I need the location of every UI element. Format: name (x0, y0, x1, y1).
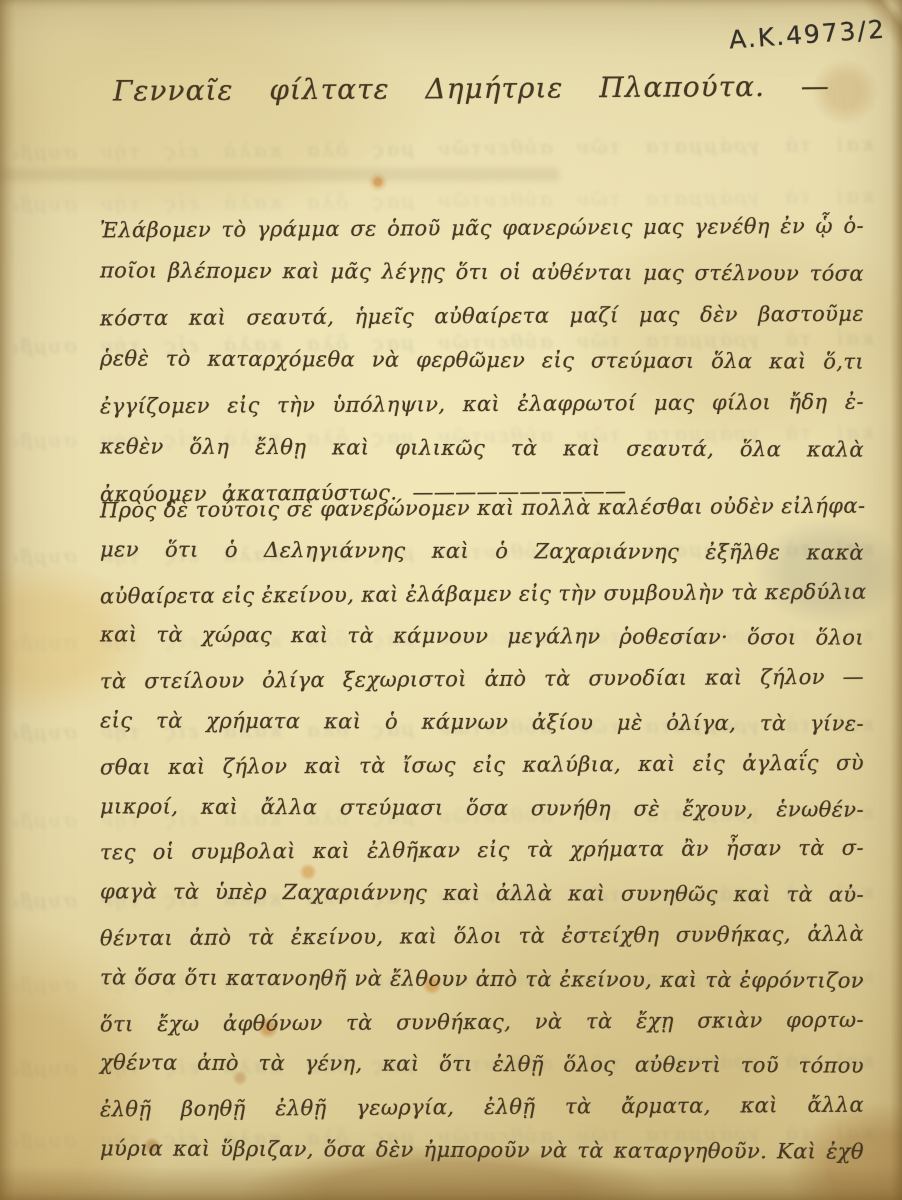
manuscript-line: ὅτι ἔχω ἀφθόνων τὰ συνθήκας, νὰ τὰ ἔχῃ σ… (100, 999, 864, 1046)
manuscript-line: Ἐλάβομεν τὸ γράμμα σε ὁποῦ μᾶς φανερώνει… (100, 206, 864, 255)
manuscript-line: Πρὸς δὲ τούτοις σὲ φανερώνομεν καὶ πολλὰ… (100, 486, 864, 533)
manuscript-line: χθέντα ἀπὸ τὰ γένη, καὶ ὅτι ἐλθῇ ὅλος αὐ… (100, 1043, 864, 1089)
manuscript-line: κεθὲν ὅλη ἔλθῃ καὶ φιλικῶς τὰ καὶ σεαυτά… (100, 426, 864, 473)
manuscript-line: ἐγγίζομεν εἰς τὴν ὑπόληψιν, καὶ ἐλαφρωτο… (100, 382, 864, 431)
manuscript-line: μικροί, καὶ ἄλλα στεύμασι ὅσα συνήθη σὲ … (100, 786, 864, 832)
page-edge-left (0, 0, 16, 1200)
manuscript-line: μεν ὅτι ὁ Δεληγιάννης καὶ ὁ Ζαχαριάννης … (100, 529, 864, 575)
manuscript-line: σθαι καὶ ζήλον καὶ τὰ ἴσως εἰς καλύβια, … (100, 742, 864, 789)
manuscript-line: κόστα καὶ σεαυτά, ἡμεῖς αὐθαίρετα μαζί μ… (100, 294, 864, 343)
salutation: Γενναῖε φίλτατε Δημήτριε Πλαπούτα. — (113, 69, 830, 107)
manuscript-line: ποῖοι βλέπομεν καὶ μᾶς λέγῃς ὅτι οἱ αὐθέ… (100, 250, 864, 297)
manuscript-page: καὶ τὰ γράμματα τῶν αὐθεντῶν μας ὅλα καλ… (0, 0, 902, 1200)
manuscript-line: ῥεθὲ τὸ καταρχόμεθα νὰ φερθῶμεν εἰς στεύ… (100, 338, 864, 385)
manuscript-line: αὐθαίρετα εἰς ἐκείνου, καὶ ἐλάβαμεν εἰς … (100, 571, 864, 618)
manuscript-line: ἐλθῇ βοηθῇ ἐλθῇ γεωργία, ἐλθῇ τὰ ἄρματα,… (100, 1085, 864, 1132)
manuscript-line: θένται ἀπὸ τὰ ἐκείνου, καὶ ὅλοι τὰ ἐστεί… (100, 914, 864, 961)
paragraph-2: Πρὸς δὲ τούτοις σὲ φανερώνομεν καὶ πολλὰ… (100, 488, 864, 1173)
manuscript-line: τες οἱ συμβολαὶ καὶ ἐλθῆκαν εἰς τὰ χρήμα… (100, 828, 864, 875)
paragraph-1: Ἐλάβομεν τὸ γράμμα σε ὁποῦ μᾶς φανερώνει… (100, 208, 864, 516)
manuscript-line: εἰς τὰ χρήματα καὶ ὁ κάμνων ἀξίου μὲ ὀλί… (100, 700, 864, 746)
manuscript-line: μύρια καὶ ὕβριζαν, ὅσα δὲν ἠμποροῦν νὰ τ… (100, 1128, 864, 1174)
horizontal-crease (0, 168, 559, 181)
manuscript-line: φαγὰ τὰ ὑπὲρ Ζαχαριάννης καὶ ἀλλὰ καὶ συ… (100, 872, 864, 918)
page-edge-right (890, 0, 902, 1200)
catalog-number: A.K.4973/2 (728, 15, 887, 55)
manuscript-line: τὰ ὅσα ὅτι κατανοηθῆ νὰ ἔλθουν ἀπὸ τὰ ἐκ… (100, 957, 864, 1003)
manuscript-line: τὰ στείλουν ὀλίγα ξεχωριστοὶ ἀπὸ τὰ συνο… (100, 657, 864, 704)
manuscript-line: καὶ τὰ χώρας καὶ τὰ κάμνουν μεγάλην ῥοθε… (100, 615, 864, 661)
bleedthrough-line: καὶ τὰ γράμματα τῶν αὐθεντῶν μας ὅλα καλ… (14, 131, 874, 164)
